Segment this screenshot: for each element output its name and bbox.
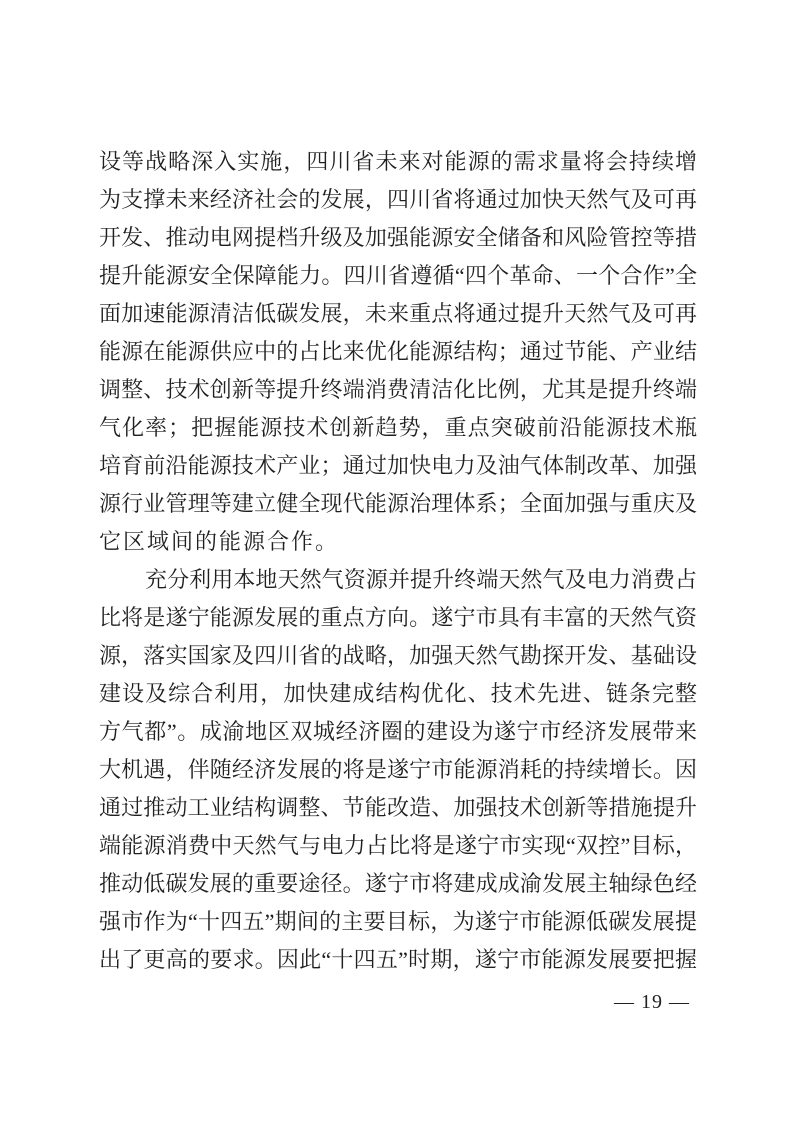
text-line: 建设及综合利用，加快建成结构优化、技术先进、链条完整的“东	[99, 675, 697, 713]
text-line: 提升能源安全保障能力。四川省遵循“四个革命、一个合作”全	[99, 257, 697, 295]
text-line: 能源在能源供应中的占比来优化能源结构；通过节能、产业结构	[99, 333, 697, 371]
text-line: 源行业管理等建立健全现代能源治理体系；全面加强与重庆及其	[99, 485, 697, 523]
text-line: 强市作为“十四五”期间的主要目标，为遂宁市能源低碳发展提	[99, 903, 697, 941]
text-line: 端能源消费中天然气与电力占比将是遂宁市实现“双控”目标，	[99, 827, 697, 865]
page-number: — 19 —	[614, 991, 690, 1013]
paragraph: 设等战略深入实施，四川省未来对能源的需求量将会持续增加。为支撑未来经济社会的发展…	[99, 143, 697, 561]
text-line: 出了更高的要求。因此“十四五”时期，遂宁市能源发展要把握	[99, 941, 697, 979]
text-line: 面加速能源清洁低碳发展，未来重点将通过提升天然气及可再生	[99, 295, 697, 333]
text-line: 方气都”。成渝地区双城经济圈的建设为遂宁市经济发展带来巨	[99, 713, 697, 751]
text-line: 源，落实国家及四川省的战略，加强天然气勘探开发、基础设施	[99, 637, 697, 675]
text-line: 推动低碳发展的重要途径。遂宁市将建成成渝发展主轴绿色经济	[99, 865, 697, 903]
text-line: 充分利用本地天然气资源并提升终端天然气及电力消费占	[99, 561, 697, 599]
text-line: 设等战略深入实施，四川省未来对能源的需求量将会持续增加。	[99, 143, 697, 181]
document-content: 设等战略深入实施，四川省未来对能源的需求量将会持续增加。为支撑未来经济社会的发展…	[99, 143, 697, 979]
text-line: 大机遇，伴随经济发展的将是遂宁市能源消耗的持续增长。因此，	[99, 751, 697, 789]
text-line: 它区域间的能源合作。	[99, 523, 697, 561]
text-line: 比将是遂宁能源发展的重点方向。遂宁市具有丰富的天然气资	[99, 599, 697, 637]
paragraph: 充分利用本地天然气资源并提升终端天然气及电力消费占比将是遂宁能源发展的重点方向。…	[99, 561, 697, 979]
text-line: 开发、推动电网提档升级及加强能源安全储备和风险管控等措施	[99, 219, 697, 257]
document-page: 设等战略深入实施，四川省未来对能源的需求量将会持续增加。为支撑未来经济社会的发展…	[0, 0, 793, 1122]
text-line: 调整、技术创新等提升终端消费清洁化比例，尤其是提升终端电	[99, 371, 697, 409]
text-line: 培育前沿能源技术产业；通过加快电力及油气体制改革、加强能	[99, 447, 697, 485]
text-line: 为支撑未来经济社会的发展，四川省将通过加快天然气及可再生	[99, 181, 697, 219]
text-line: 气化率；把握能源技术创新趋势，重点突破前沿能源技术瓶颈，	[99, 409, 697, 447]
text-line: 通过推动工业结构调整、节能改造、加强技术创新等措施提升终	[99, 789, 697, 827]
